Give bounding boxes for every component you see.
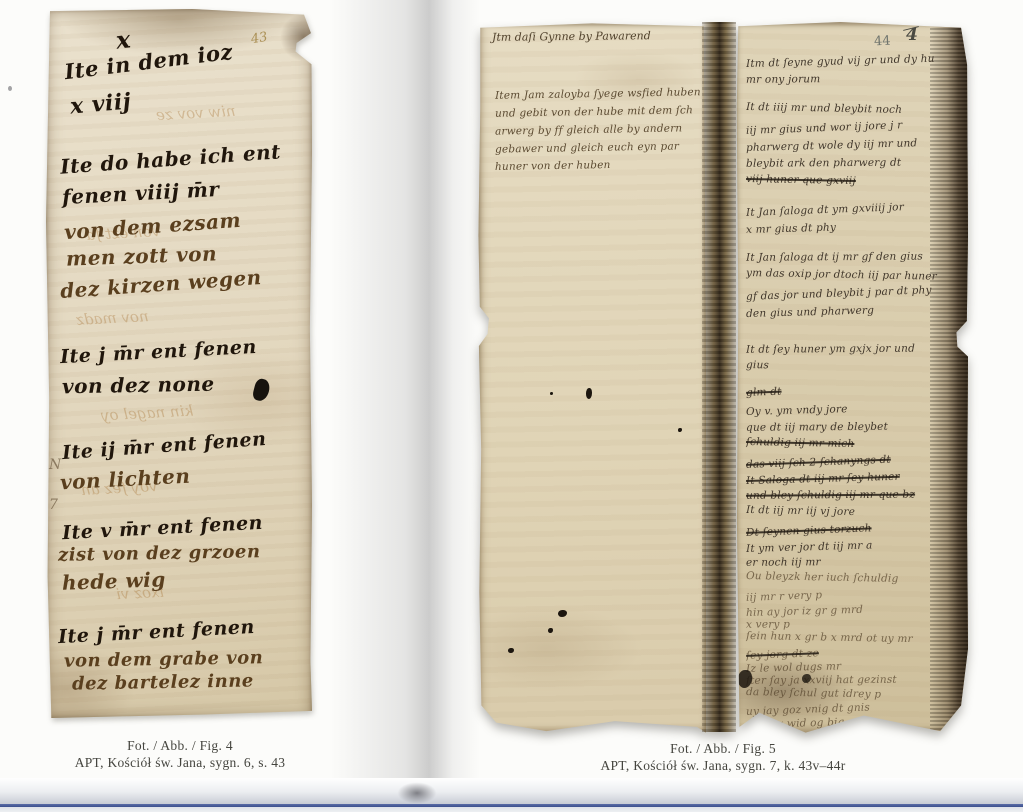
figure-5-photo: Jtm daſi Gynne by Pawarend Item Jam zalo… — [478, 22, 968, 736]
manuscript-line: ym das oxip jor dtoch iij par huner — [746, 267, 960, 283]
manuscript-text-block: Itm dt ſeyne gyud vij gr und dy hu mr on… — [736, 22, 968, 734]
manuscript-line: hin ay jor iz gr g mrd — [746, 601, 960, 619]
manuscript-line: It dt ſey huner ym gxjx jor und — [746, 342, 960, 355]
scan-speck — [8, 86, 12, 91]
manuscript-line: und gebit von der hube mit dem ſch — [495, 104, 693, 119]
figure-4-photo: 43 niw vov ze von ezt ſa nov madz kin na… — [46, 9, 312, 718]
parchment-strip: 43 niw vov ze von ezt ſa nov madz kin na… — [46, 9, 312, 718]
manuscript-line: Ou bleyzk her iuch ſchuldig — [746, 570, 960, 586]
manuscript-line: que dt iij mary de bleybet — [746, 420, 960, 433]
manuscript-line-struck: ſchuldig iij mr mich — [746, 436, 960, 452]
manuscript-line: iij mr gius und wor ij jore j r — [746, 117, 960, 137]
book-binding-gutter — [702, 22, 736, 732]
manuscript-line-struck: viij huner que gxviij — [746, 173, 960, 189]
manuscript-line: x very p — [746, 617, 960, 630]
manuscript-text-block: x Ite in dem ioz x viij Ite do habe ich … — [46, 9, 312, 718]
manuscript-line-struck: und bley ſchuldig iij mr que bz — [746, 488, 960, 501]
manuscript-line: von lichten — [59, 464, 190, 495]
manuscript-line: Itm dt ſeyne gyud vij gr und dy hu — [746, 52, 960, 70]
manuscript-line: er noch iij mr — [746, 555, 960, 568]
page-header-line: Jtm daſi Gynne by Pawarend — [492, 29, 651, 44]
manuscript-line: It dt iiij mr und bleybit noch — [746, 101, 960, 117]
manuscript-line: Ite v m̄r ent fenen — [62, 512, 264, 544]
manuscript-line: It Jan ſaloga dt ij mr gf den gius — [746, 250, 960, 263]
manuscript-line: gebawer und gleich euch eyn par — [495, 140, 679, 155]
manuscript-line: dez bartelez inne — [72, 670, 254, 694]
manuscript-line: arwerg by ff gleich alle by andern — [495, 122, 683, 137]
manuscript-line: Ite j m̄r ent fenen — [60, 336, 258, 368]
manuscript-line-struck: das viij ſch 2 ſchanyngs dt — [746, 451, 960, 471]
manuscript-line: x mr gius dt phy — [746, 218, 960, 236]
manuscript-line: ſter ſay ja xxviij hat gezinst — [746, 673, 960, 686]
scanned-book-page: 43 niw vov ze von ezt ſa nov madz kin na… — [0, 0, 1023, 812]
manuscript-page-43v: Jtm daſi Gynne by Pawarend Item Jam zalo… — [478, 22, 706, 734]
manuscript-line: Ite do habe ich ent — [59, 139, 281, 178]
ink-speck — [558, 610, 567, 617]
figure-4-caption: Fot. / Abb. / Fig. 4 APT, Kościół św. Ja… — [20, 737, 340, 771]
manuscript-line: It ym ver jor dt iij mr a — [746, 537, 960, 555]
manuscript-line: von dem ezsam — [63, 208, 242, 244]
ink-speck — [550, 392, 553, 395]
manuscript-line: x viij — [69, 88, 132, 119]
manuscript-line: Item Jam zaloyba ſyege wsfied huben — [495, 86, 701, 102]
ink-speck — [548, 628, 553, 633]
manuscript-line: Oy v. ym vndy jore — [746, 400, 960, 418]
manuscript-line: gf das jor und bleybit j par dt phy — [746, 283, 960, 303]
caption-archive-ref: APT, Kościół św. Jana, sygn. 6, s. 43 — [20, 754, 340, 771]
manuscript-line: It dt iij mr iij vj jore — [746, 504, 960, 520]
manuscript-line: dez kirzen wegen — [59, 265, 262, 303]
manuscript-page-44r: 44 4 Itm dt ſeyne gyud vij gr und dy hu … — [736, 22, 968, 734]
scan-gutter-shadow — [330, 0, 480, 782]
caption-fig-label: Fot. / Abb. / Fig. 5 — [480, 740, 966, 757]
manuscript-line: hede wig — [62, 567, 167, 595]
manuscript-line: gius — [746, 359, 960, 375]
manuscript-line: Ite in dem ioz — [63, 39, 234, 84]
manuscript-line: den gius und pharwerg — [746, 302, 960, 320]
caption-archive-ref: APT, Kościół św. Jana, sygn. 7, k. 43v–4… — [480, 757, 966, 774]
manuscript-line: von dem grabe von — [64, 647, 264, 671]
figure-5-caption: Fot. / Abb. / Fig. 5 APT, Kościół św. Ja… — [480, 740, 966, 774]
manuscript-line: pharwerg dt wole dy iij mr und — [746, 136, 960, 154]
ink-speck — [508, 648, 514, 653]
manuscript-line-struck: glm dt — [746, 379, 960, 399]
manuscript-line: men zott von — [66, 241, 218, 270]
manuscript-line: huner von der huben — [495, 159, 611, 173]
manuscript-line: Ite j m̄r ent fenen — [58, 616, 256, 648]
manuscript-line-struck: Dt ſeynen gius torzuch — [746, 519, 960, 539]
manuscript-line-struck: It Saloga dt iij mr ſey huner — [746, 469, 960, 487]
manuscript-line: Ite ij m̄r ent fenen — [61, 428, 267, 464]
manuscript-line: bleybit ark den pharwerg dt — [746, 156, 960, 169]
manuscript-line: mr ony jorum — [746, 72, 960, 85]
manuscript-line: fenen viiij m̄r — [61, 177, 219, 209]
manuscript-line: von dez none — [62, 372, 215, 399]
ink-speck — [678, 428, 682, 432]
ink-speck — [586, 388, 592, 399]
manuscript-line: zist von dez grzoen — [58, 541, 261, 566]
caption-fig-label: Fot. / Abb. / Fig. 4 — [20, 737, 340, 754]
scan-below-edge — [0, 807, 1023, 812]
manuscript-line: It Jan ſaloga dt ym gxviiij jor — [746, 199, 960, 219]
